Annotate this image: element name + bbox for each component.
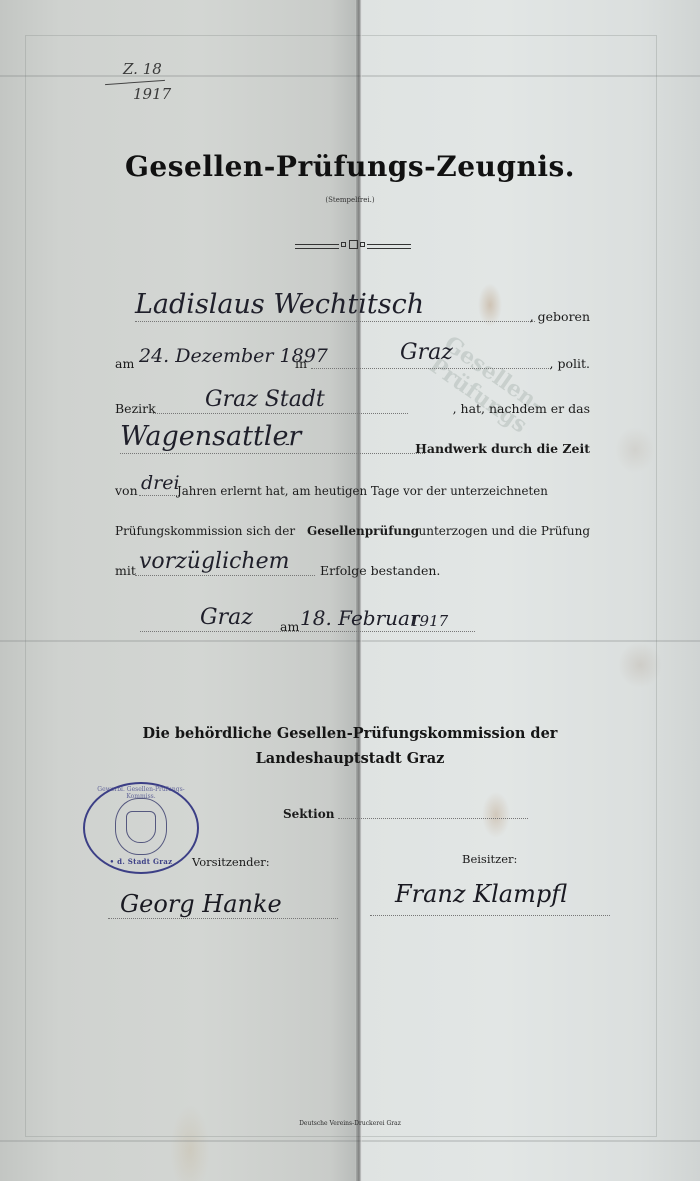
fold-crease-horizontal — [0, 1140, 700, 1142]
assessor-signature-line — [370, 915, 610, 916]
birth-line: am 24. Dezember 1897 in Graz , polit. — [115, 335, 590, 375]
authority-line-2: Landeshauptstadt Graz — [0, 750, 700, 767]
trade-line: Wagensattler - Handwerk durch die Zeit — [115, 420, 590, 460]
reference-note: Z. 18 1917 — [105, 60, 175, 104]
duration-value: drei — [141, 472, 180, 494]
trade-dash: - — [285, 436, 290, 452]
title-ornament — [295, 240, 411, 250]
assessor-label: Beisitzer: — [462, 852, 517, 866]
born-label: , geboren — [530, 309, 590, 324]
coat-of-arms-icon — [126, 811, 156, 843]
name-line: Ladislaus Wechtitsch , geboren — [115, 288, 590, 328]
certificate-subtitle: (Stempelfrei.) — [0, 196, 700, 204]
chair-signature-line — [108, 918, 338, 919]
exam-name: Gesellenprüfung — [307, 524, 419, 538]
assessor-signature: Franz Klampfl — [395, 880, 567, 908]
issue-year: 1917 — [410, 612, 448, 630]
commission-text-1: Prüfungskommission sich der — [115, 524, 295, 538]
district-suffix: , hat, nachdem er das — [453, 401, 590, 416]
reference-number: Z. 18 — [105, 60, 175, 80]
section-label: Sektion — [283, 807, 334, 821]
grade-line: mit vorzüglichem Erfolge bestanden. — [115, 542, 590, 582]
fold-crease-horizontal — [0, 640, 700, 642]
von-label: von — [115, 483, 138, 498]
certificate-title: Gesellen-Prüfungs-Zeugnis. — [0, 150, 700, 183]
district-line: Bezirk Graz Stadt , hat, nachdem er das — [115, 380, 590, 420]
official-seal-stamp: Gewerbl. Gesellen-Prüfungs-Kommiss. • d.… — [83, 782, 199, 874]
holder-name: Ladislaus Wechtitsch — [135, 289, 424, 320]
reference-year: 1917 — [105, 85, 175, 105]
date-line: Graz am 18. Februar 1917 — [140, 598, 480, 638]
trade-value: Wagensattler — [120, 421, 301, 452]
chair-signature: Georg Hanke — [120, 890, 282, 918]
in-label: in — [295, 356, 307, 371]
issue-place: Graz — [200, 605, 253, 630]
section-line: Sektion — [283, 785, 533, 825]
commission-line: Prüfungskommission sich der Gesellenprüf… — [115, 502, 590, 542]
commission-text-2: unterzogen und die Prüfung — [419, 524, 591, 538]
grade-value: vorzüglichem — [139, 549, 289, 574]
chair-label: Vorsitzender: — [192, 855, 270, 869]
duration-suffix: Jahren erlernt hat, am heutigen Tage vor… — [177, 484, 548, 498]
am-label: am — [115, 356, 134, 371]
mit-label: mit — [115, 563, 136, 578]
grade-suffix: Erfolge bestanden. — [320, 563, 440, 578]
issue-am-label: am — [280, 619, 299, 634]
district-value: Graz Stadt — [205, 387, 325, 412]
printer-imprint: Deutsche Vereins-Druckerei Graz — [0, 1120, 700, 1127]
issue-date: 18. Februar — [300, 606, 420, 630]
authority-line-1: Die behördliche Gesellen-Prüfungskommiss… — [0, 725, 700, 742]
stamp-ring-bottom: • d. Stadt Graz — [85, 857, 197, 866]
birth-place: Graz — [400, 340, 453, 365]
stamp-inner-ring — [115, 798, 167, 855]
bezirk-label: Bezirk — [115, 401, 156, 416]
trade-suffix: Handwerk durch die Zeit — [415, 441, 590, 456]
duration-line: von drei Jahren erlernt hat, am heutigen… — [115, 462, 590, 502]
polit-label: , polit. — [550, 356, 590, 371]
